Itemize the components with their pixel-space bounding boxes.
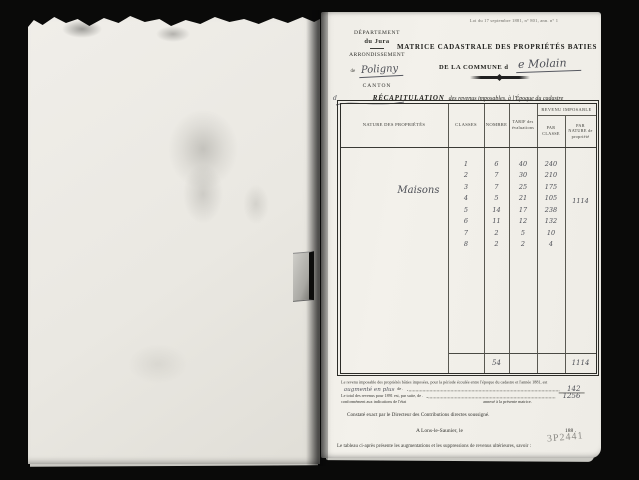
footer-line2-suffix: de . [397, 386, 403, 392]
department-rule [370, 48, 384, 49]
archival-ref: 3P2441 [547, 430, 584, 444]
totals-row: 54 1114 [341, 353, 596, 373]
scan-background: Loi du 17 septembre 1881, n° 801, ann. n… [0, 0, 639, 480]
total-par-nature: 1114 [572, 359, 590, 367]
par-nature-total: 1114 [566, 197, 596, 205]
revenu-value: 4 [538, 239, 565, 251]
commune-line: DE LA COMMUNE d e Molain [439, 56, 581, 74]
nombre-value: 2 [485, 239, 509, 251]
decorative-divider [470, 76, 530, 79]
classe-value: 5 [449, 205, 484, 217]
arrondissement-prefix: de [351, 69, 356, 74]
footer-line4-left: conformément aux indications de l'état [341, 400, 406, 406]
commune-label: DE LA COMMUNE d [439, 64, 508, 71]
tarif-column: 40 30 25 21 17 12 5 2 [510, 148, 538, 353]
header-par-classe: PAR CLASSE [538, 116, 566, 147]
nombre-value: 11 [485, 216, 509, 228]
total-1891-value: 1256 [558, 393, 584, 400]
paper-stain [156, 26, 190, 42]
footer-line4-right: annexé à la présente matrice. [483, 400, 532, 406]
revenu-value: 240 [538, 159, 565, 171]
footer-line3: Le total des revenus pour 1891 est, par … [341, 393, 585, 400]
left-page [28, 14, 320, 464]
nature-column: Maisons [341, 148, 449, 353]
paper-stain [62, 20, 102, 38]
handwritten-increase-note: augmenté en plus [344, 386, 395, 392]
paper-stain [243, 184, 269, 224]
classe-value: 4 [449, 193, 484, 205]
recap-table: NATURE DES PROPRIÉTÉS CLASSES NOMBRE TAR… [337, 100, 599, 376]
table-header: NATURE DES PROPRIÉTÉS CLASSES NOMBRE TAR… [341, 104, 596, 148]
nombre-value: 7 [485, 170, 509, 182]
department-label: DÉPARTEMENT [333, 30, 421, 36]
classe-value: 1 [449, 159, 484, 171]
commune-value: e Molain [516, 56, 581, 73]
paper-stain [128, 344, 188, 384]
totals-tarif-cell [510, 353, 538, 373]
revenu-imposable-label: REVENU IMPOSABLE [538, 104, 596, 116]
classe-value: 2 [449, 170, 484, 182]
classe-value: 3 [449, 182, 484, 194]
form-title: MATRICE CADASTRALE DES PROPRIÉTÉS BATIES [397, 43, 589, 51]
total-nombre: 54 [492, 359, 501, 367]
print-reference: Loi du 17 septembre 1881, n° 801, ann. n… [439, 18, 589, 23]
header-nombre: NOMBRE [485, 104, 510, 147]
header-nature: NATURE DES PROPRIÉTÉS [341, 104, 449, 147]
nombre-value: 5 [485, 193, 509, 205]
tarif-value: 5 [510, 228, 537, 240]
totals-classes-cell [449, 353, 485, 373]
totals-nature-cell [341, 353, 449, 373]
arrondissement-line: de Poligny [333, 59, 421, 77]
dot-leader [407, 391, 560, 392]
revenu-value: 132 [538, 216, 565, 228]
arrondissement-value: Poligny [359, 63, 404, 78]
paper-stain [168, 109, 238, 189]
classes-column: 1 2 3 4 5 6 7 8 [449, 148, 485, 353]
header-revenu-group: REVENU IMPOSABLE PAR CLASSE PAR NATURE d… [538, 104, 596, 147]
tarif-value: 40 [510, 159, 537, 171]
totals-par-nature-cell: 1114 [566, 353, 596, 373]
header-tarif: TARIF des évaluations [510, 104, 538, 147]
nombre-value: 6 [485, 159, 509, 171]
tarif-value: 17 [510, 205, 537, 217]
binder-tab [293, 251, 314, 302]
place-label: A Lons-le-Saunier, le [416, 428, 463, 434]
nature-value: Maisons [397, 185, 439, 196]
right-page: Loi du 17 septembre 1881, n° 801, ann. n… [321, 12, 601, 458]
nombre-value: 2 [485, 228, 509, 240]
par-classe-column: 240 210 175 105 238 132 10 4 [538, 148, 566, 353]
par-nature-column: 1114 [566, 148, 596, 353]
nombre-value: 14 [485, 205, 509, 217]
classe-value: 6 [449, 216, 484, 228]
revenu-value: 10 [538, 228, 565, 240]
tarif-value: 2 [510, 239, 537, 251]
revenu-value: 238 [538, 205, 565, 217]
tarif-value: 21 [510, 193, 537, 205]
tarif-value: 30 [510, 170, 537, 182]
footer-line4: conformément aux indications de l'état a… [341, 400, 585, 406]
dot-leader [427, 398, 555, 399]
revenu-value: 210 [538, 170, 565, 182]
nombre-value: 7 [485, 182, 509, 194]
certify-note: Constaté exact par le Directeur des Cont… [347, 412, 489, 418]
totals-par-classe-cell [538, 353, 566, 373]
classe-value: 8 [449, 239, 484, 251]
revenu-value: 175 [538, 182, 565, 194]
table-body: Maisons 1 2 3 4 5 6 7 8 6 7 [341, 148, 596, 353]
header-par-nature: PAR NATURE de propriété [566, 116, 596, 147]
tarif-value: 25 [510, 182, 537, 194]
nombre-column: 6 7 7 5 14 11 2 2 [485, 148, 510, 353]
paper-stain [183, 164, 223, 224]
totals-nombre-cell: 54 [485, 353, 510, 373]
bottom-note: Le tableau ci-après présente les augment… [337, 444, 597, 449]
header-classes: CLASSES [449, 104, 485, 147]
classe-value: 7 [449, 228, 484, 240]
tarif-value: 12 [510, 216, 537, 228]
revenu-value: 105 [538, 193, 565, 205]
arrondissement-label: ARRONDISSEMENT [333, 52, 421, 58]
